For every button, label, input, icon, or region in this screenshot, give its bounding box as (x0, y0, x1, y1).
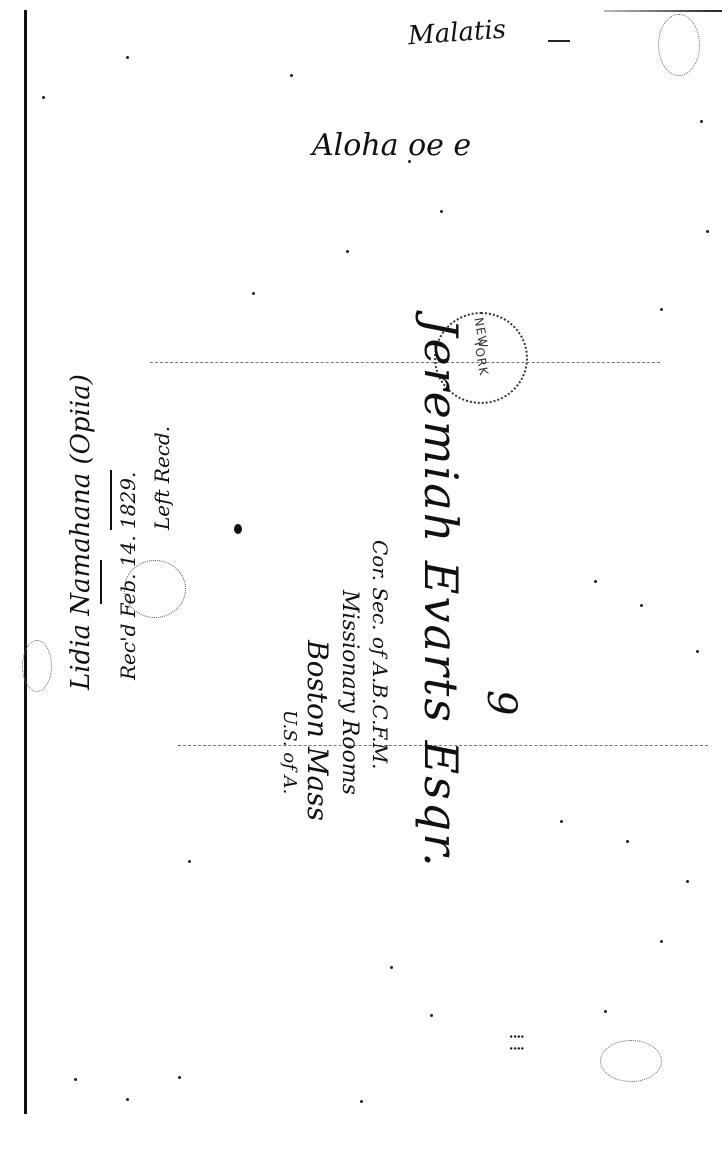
speck (188, 860, 191, 863)
speck (686, 880, 689, 883)
speck (126, 56, 129, 59)
fold-line-upper (150, 362, 660, 363)
speck (430, 1014, 433, 1017)
postage-mark: 9 (478, 690, 524, 715)
speck (42, 96, 45, 99)
speck (700, 120, 703, 123)
heading-malatis: Malatis (407, 15, 507, 52)
speck (408, 160, 411, 163)
speck (290, 74, 293, 77)
speck (604, 1010, 607, 1013)
greeting-aloha: Aloha oe e (312, 128, 471, 163)
dash-mark (548, 40, 570, 42)
speck (696, 650, 699, 653)
speck (360, 1100, 363, 1103)
page-left-edge (24, 10, 27, 1114)
speck (706, 230, 709, 233)
speck (626, 840, 629, 843)
letter-page: Malatis Aloha oe e NEW YORK Jeremiah Eva… (0, 0, 722, 1152)
address-line-city: Boston Mass (301, 640, 334, 821)
address-line-title: Cor. Sec. of A.B.C.F.M. (368, 540, 392, 769)
speck (390, 966, 393, 969)
speck (126, 1098, 129, 1101)
docket-underline (100, 560, 102, 604)
page-top-edge (604, 10, 722, 12)
speck (640, 604, 643, 607)
ink-blot (234, 524, 242, 534)
address-line-country: U.S. of A. (279, 710, 300, 794)
speck (594, 580, 597, 583)
speck (178, 1076, 181, 1079)
speck (660, 308, 663, 311)
addressee-name: Jeremiah Evarts Esqr. (414, 318, 468, 869)
docket-reply-note: Left Recd. (150, 426, 174, 530)
speck (74, 1078, 77, 1081)
speck (660, 940, 663, 943)
docket-underline-2 (110, 470, 112, 530)
speck (440, 210, 443, 213)
speck (346, 250, 349, 253)
corner-smudge (658, 14, 700, 76)
docket-sender: Lidia Namahana (Opiia) (66, 374, 96, 690)
margin-marks: ⁞ ⁞ (504, 1034, 529, 1051)
edge-smudge (22, 640, 52, 692)
corner-smudge-bottom (600, 1040, 662, 1082)
seal-smudge (124, 560, 186, 618)
speck (560, 820, 563, 823)
address-line-rooms: Missionary Rooms (337, 590, 362, 795)
speck (252, 292, 255, 295)
